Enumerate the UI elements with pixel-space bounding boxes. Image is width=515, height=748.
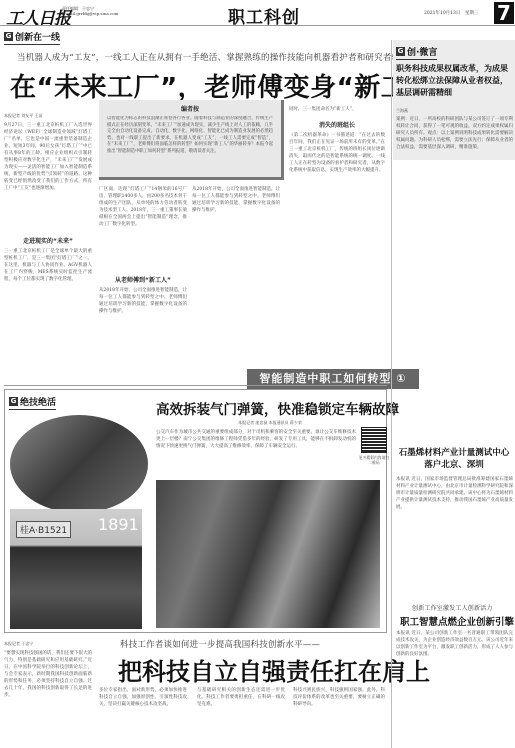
lead-kicker: 当机器人成为“工友”，一线工人正在从拥有一手绝活、掌握熟练的操作技能向机器看护者… [17, 51, 426, 63]
column-logo-icon: G [396, 47, 405, 56]
lead-byline: 本报记者 刘友平 王苗 [4, 112, 92, 120]
bottom-body-col3: 与基础研究相关的创新生态还需进一步优化。科技工作者要勇担重任，在科研一线攻坚克难… [197, 687, 285, 748]
lead-body-col3: 《第二次机器革命》一书描述道：“在过去的数百年间，我们正在见证一场前所未有的变革… [289, 132, 385, 367]
bottom-kicker: 科技工作者谈如何进一步提高我国科技创新水平—— [120, 638, 320, 650]
bottom-body-col2: 多位专家指出，面对新形势，必须加快推进科技自立自强，加强原创性、引领性科技攻关，… [99, 687, 187, 748]
lead-body-col1b: 三一重工北京桩机工厂是全球单个最大的重型桩机工厂，是三一集团“灯塔工厂”之一。在… [4, 248, 92, 366]
lead-body-col1: 9月27日，三一重工北京桩机工厂入选世界经济论坛（WEF）全球制造业领域“灯塔工… [4, 122, 92, 232]
bottom-byline: 本报记者 于忠宁 [4, 640, 92, 648]
feature-photo-bus: 桂A·B1521 1891 [10, 509, 142, 629]
editor-email: E-mail:grrbkj@vip.sina.com [62, 11, 118, 16]
qr-code-icon[interactable] [361, 427, 387, 453]
qr-caption: 更多精彩内容请扫二维码 [358, 455, 390, 469]
feature-headline: 高效拆装气门弹簧，快准稳锁定车辆故障 [156, 398, 399, 418]
feature-body: 公交汽车作为城市公共交通的重要组成部分，对于司机和乘客的安全至关重要。谁让公交车… [156, 429, 356, 479]
license-plate: 桂A·B1521 [16, 521, 71, 538]
lead-headline: 在“未来工厂”，老师傅变身“新工人” [10, 67, 451, 104]
series-banner: 智能制造中职工如何转型 ① [247, 369, 419, 389]
header-rule [0, 25, 515, 26]
feature-photo-engine [156, 480, 380, 628]
lead-body-col2c: 从2018年开始，公司全面推进智能制造，让每一位工人都能参与到转型之中。老师傅们… [192, 186, 280, 367]
column-tag-weiyan: G 创·微言 [396, 45, 437, 60]
bus-number: 1891 [98, 515, 139, 534]
column-logo-icon: G [9, 397, 18, 406]
column-tag-innovation: G 创新在一线 [4, 30, 60, 45]
editor-note-box: 编者按 以智能化为标志的科技浪潮正席卷各行各业。随着科技与制造业的深度融合，传统… [99, 100, 284, 180]
lead-subhead-3: 消失的班组长 [289, 120, 385, 129]
lead-subhead-2: 从老师傅到“新工人” [99, 275, 187, 284]
sidebar-byline: 兰海燕 [396, 107, 513, 115]
lead-subhead-1: 走进现实的“未来” [4, 236, 92, 245]
right-story-1-body: 本报讯 近日，国家市场监督管理总局批准筹建国家石墨烯材料产业计量测试中心，由北京… [396, 476, 513, 594]
feature-byline: 本报记者 庞忠禄 本报通讯员 蒋少荣 [210, 419, 330, 426]
sidebar-headline: 职务科技成果权属改革，为成果转化松绑立法保障从业者权益，基层调研需精细 [396, 62, 513, 98]
right-story-2-kicker: 创新工作室激发工人创新活力 [412, 603, 493, 612]
lead-body-col2: 厂区面，达现“灯塔工厂”14钢米的16号厂房，管理职1400多人，由200多名技… [99, 186, 187, 272]
right-story-2-headline: 职工智慧点燃企业创新引擎 [400, 614, 514, 628]
section-rule [4, 385, 387, 386]
right-story-2-body: 本报讯 近日，某公司创新工作室一名普通职工带领团队完成技术攻关，为企业创造经济效… [396, 630, 513, 748]
column-divider [391, 40, 392, 748]
sidebar-body: 案例：近日，一所高校的科研团队与某公司签订了一项专利权转让合同，获得了一笔可观的… [396, 116, 513, 436]
column-tag-label: 创·微言 [407, 45, 437, 58]
lead-body-col2b: 从2018年开始，公司全面推进智能制造，让每一位工人都能参与到转型之中。老师傅们… [99, 287, 187, 367]
column-logo-icon: G [4, 32, 13, 41]
right-story-1-headline: 石墨烯材料产业计量测试中心落户北京、深圳 [398, 447, 510, 471]
editor-info: 责任编辑：于忠宁 E-mail:grrbkj@vip.sina.com [62, 6, 118, 16]
column-tag-skills: G 绝技绝活 [9, 395, 56, 410]
editor-note-text: 以智能化为标志的科技浪潮正席卷各行各业。随着科技与制造业的深度融合，传统生产模式… [107, 116, 273, 178]
editor-note-title: 编者按 [107, 104, 273, 113]
issue-date: 2021年10月13日 星期三 [424, 10, 478, 16]
bottom-headline: 把科技自立自强责任扛在肩上 [118, 652, 430, 687]
column-tag-label: 绝技绝活 [20, 395, 56, 408]
bottom-body-col4: 科技兴则民族兴，科技强则国家强。此外，科技评价体系的改革也至关重要，要树立正确的… [293, 687, 385, 748]
bottom-body-col1: “要想实现科技强国的话，我们还要下很大的气力，特别是基础研究和应用基础研究。”近… [4, 650, 92, 748]
feature-photo-oval [10, 415, 148, 513]
lead-body-col3-lead: 同时，三一集团命名为“新工人”。 [289, 106, 385, 114]
column-tag-label: 创新在一线 [15, 30, 60, 43]
page-number: 7 [494, 2, 514, 24]
